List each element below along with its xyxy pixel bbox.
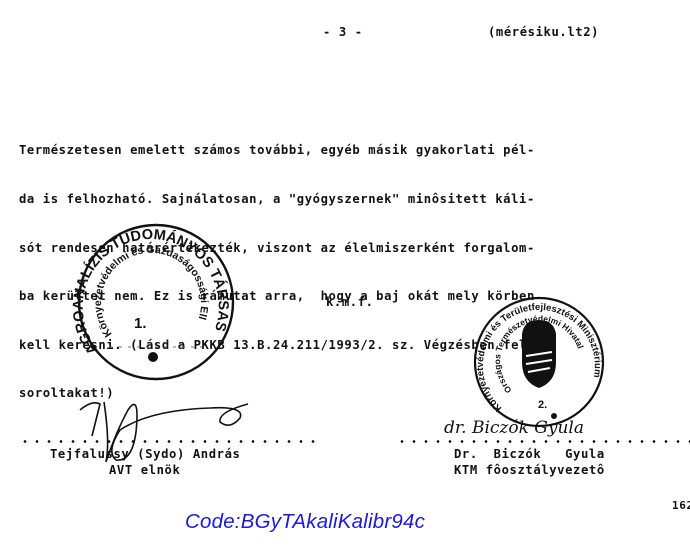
document-code: Code:BGyTAkaliKalibr94c bbox=[185, 510, 425, 534]
left-stamp-number: 1. bbox=[134, 315, 147, 332]
right-signer-name: Dr. Biczók Gyula bbox=[454, 447, 605, 461]
star-icon bbox=[148, 352, 158, 362]
signature-line-left bbox=[19, 440, 317, 443]
left-signer-name: Tejfalussy (Sydo) András bbox=[50, 447, 241, 461]
page-footer-number: 162 bbox=[672, 499, 690, 512]
body-line: Természetesen emelett számos további, eg… bbox=[19, 142, 535, 158]
right-signature: dr. Biczók Gyula bbox=[440, 405, 610, 445]
coat-of-arms-icon bbox=[522, 320, 556, 388]
left-signer-title: AVT elnök bbox=[109, 463, 180, 477]
page-number: - 3 - bbox=[323, 25, 363, 39]
body-line: da is felhozható. Sajnálatosan, a "gyógy… bbox=[19, 191, 535, 207]
file-name: (mérésiku.lt2) bbox=[488, 25, 599, 39]
kmf-label: k.m.f. bbox=[326, 295, 374, 309]
signature-line-right bbox=[396, 440, 690, 443]
right-signer-title: KTM fôosztályvezetô bbox=[454, 463, 605, 477]
right-signature-handwriting: dr. Biczók Gyula bbox=[444, 418, 584, 438]
left-stamp: AGROANALÍZIS TUDOMÁNYOS TÁRSASÁG Környez… bbox=[52, 222, 252, 382]
